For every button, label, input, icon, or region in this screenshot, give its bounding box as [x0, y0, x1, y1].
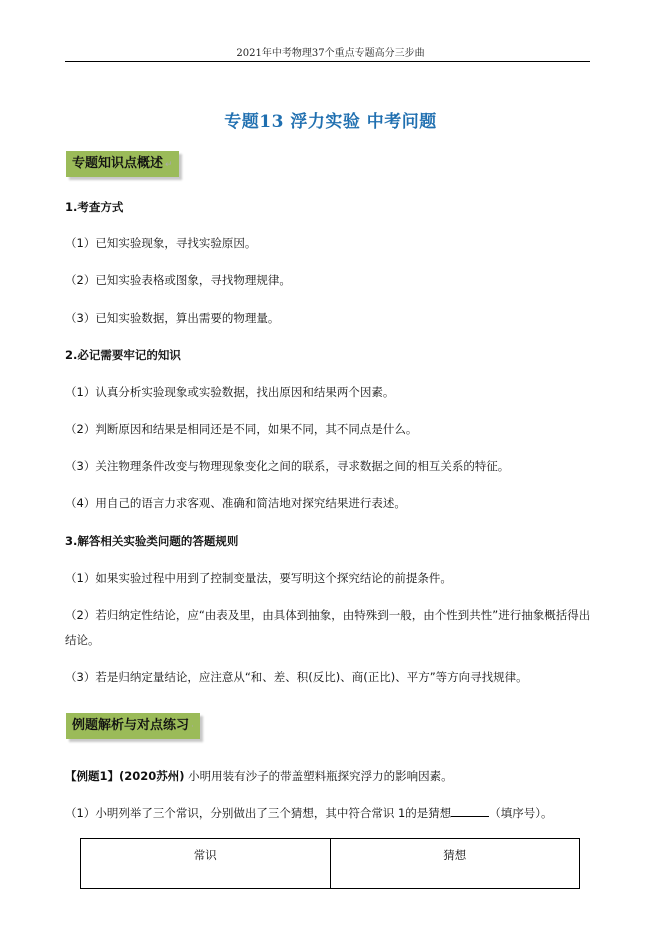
- page-title: 专题13 浮力实验 中考问题: [0, 107, 661, 132]
- question-text: （1）小明列举了三个常识，分别做出了三个猜想，其中符合常识 1的是猜想: [65, 806, 451, 820]
- paragraph: （2）若归纳定性结论，应“由表及里，由具体到抽象，由特殊到一般，由个性到共性”进…: [65, 607, 590, 623]
- example-table: 常识 猜想: [80, 838, 580, 889]
- paragraph: （3）关注物理条件改变与物理现象变化之间的联系，寻求数据之间的相互关系的特征。: [65, 458, 509, 474]
- example-tag: 【例题1】(2020苏州): [65, 769, 185, 783]
- answer-blank[interactable]: [451, 805, 489, 817]
- section-heading-3: 3.解答相关实验类问题的答题规则: [65, 533, 238, 549]
- section-label-overview-text: 专题知识点概述: [72, 156, 163, 171]
- paragraph: （2）已知实验表格或图象，寻找物理规律。: [65, 272, 291, 288]
- table-header-row: 常识 猜想: [81, 839, 580, 889]
- paragraph: 结论。: [65, 632, 100, 648]
- return-mark-icon: ·: [191, 722, 194, 732]
- table-header-cell: 猜想: [330, 839, 580, 889]
- paragraph: （1）如果实验过程中用到了控制变量法，要写明这个探究结论的前提条件。: [65, 570, 452, 586]
- section-label-examples: 例题解析与对点练习·: [66, 713, 200, 739]
- section-label-overview: 专题知识点概述↵: [66, 151, 179, 177]
- paragraph: （3）已知实验数据，算出需要的物理量。: [65, 310, 279, 326]
- section-heading-1: 1.考查方式: [65, 199, 123, 215]
- example-question-1: （1）小明列举了三个常识，分别做出了三个猜想，其中符合常识 1的是猜想（填序号）…: [65, 805, 553, 821]
- paragraph: （4）用自己的语言力求客观、准确和简洁地对探究结果进行表述。: [65, 495, 406, 511]
- header-divider: [65, 61, 590, 62]
- question-suffix: （填序号）。: [489, 806, 552, 820]
- paragraph: （2）判断原因和结果是相同还是不同，如果不同，其不同点是什么。: [65, 421, 417, 437]
- example-text: 小明用装有沙子的带盖塑料瓶探究浮力的影响因素。: [185, 769, 453, 783]
- paragraph: （1）已知实验现象，寻找实验原因。: [65, 235, 256, 251]
- section-heading-2: 2.必记需要牢记的知识: [65, 347, 181, 363]
- table-header-cell: 常识: [81, 839, 331, 889]
- page-header-text: 2021年中考物理37个重点专题高分三步曲: [0, 44, 661, 59]
- example-intro: 【例题1】(2020苏州) 小明用装有沙子的带盖塑料瓶探究浮力的影响因素。: [65, 768, 453, 784]
- paragraph: （1）认真分析实验现象或实验数据，找出原因和结果两个因素。: [65, 384, 394, 400]
- paragraph: （3）若是归纳定量结论，应注意从“和、差、积(反比)、商(正比)、平方”等方向寻…: [65, 669, 528, 685]
- return-mark-icon: ↵: [165, 160, 173, 170]
- section-label-examples-text: 例题解析与对点练习: [72, 718, 189, 733]
